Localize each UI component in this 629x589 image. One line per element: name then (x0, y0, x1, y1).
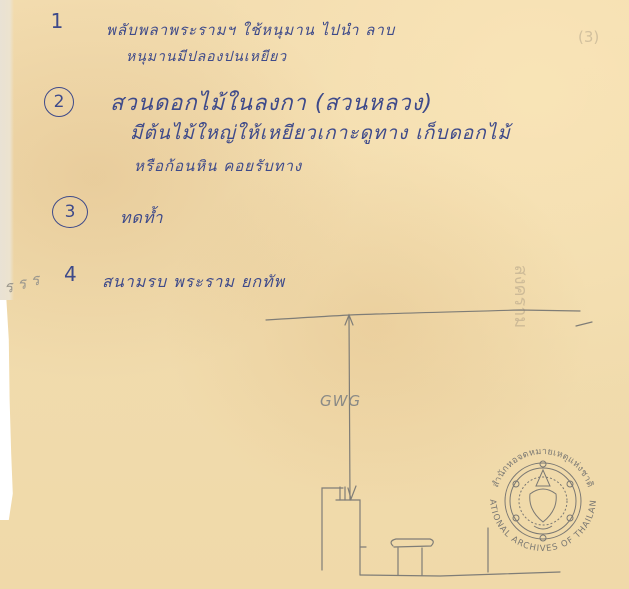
national-archives-stamp: สำนักหอจดหมายเหตุแห่งชาติ NATIONAL ARCHI… (478, 436, 608, 566)
sketch-label: GWG (320, 392, 361, 410)
document-page: (3) สงคราม ร ร ร 1 พลับพลาพระรามฯ ใช้หนุ… (0, 0, 629, 589)
archive-seal-icon: สำนักหอจดหมายเหตุแห่งชาติ NATIONAL ARCHI… (478, 436, 608, 566)
